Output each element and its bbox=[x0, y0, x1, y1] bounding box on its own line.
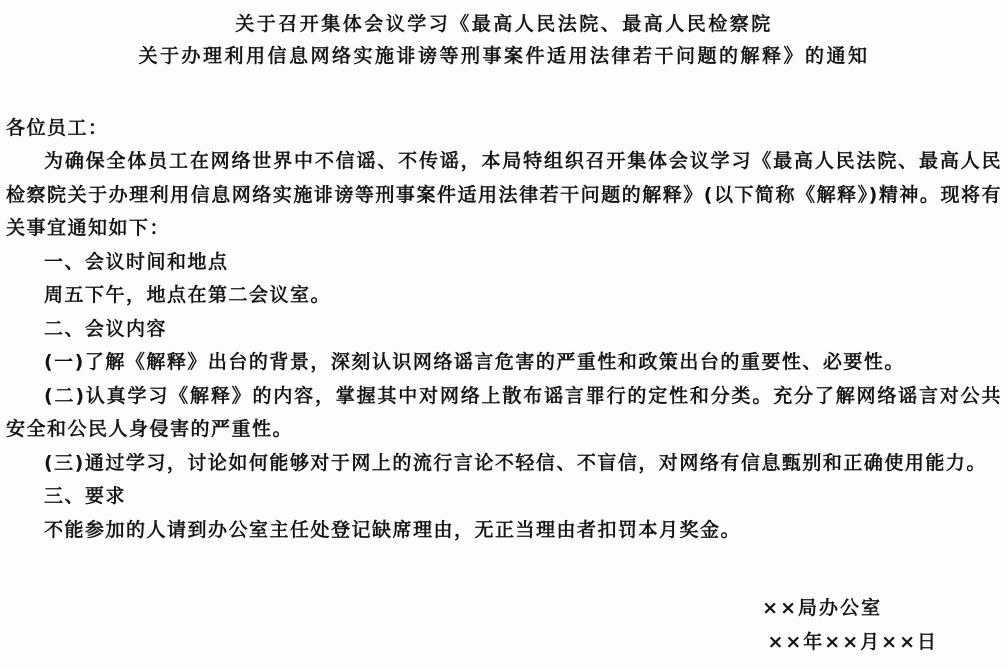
document-title: 关于召开集体会议学习《最高人民法院、最高人民检察院 关于办理利用信息网络实施诽谤… bbox=[6, 8, 1002, 72]
salutation: 各位员工： bbox=[6, 112, 1002, 145]
signature-block: ××局办公室 ××年××月××日 bbox=[762, 591, 938, 659]
meeting-time-place-line: 周五下午，地点在第二会议室。 bbox=[6, 279, 1002, 313]
title-line-1: 关于召开集体会议学习《最高人民法院、最高人民检察院 bbox=[6, 8, 1002, 40]
intro-paragraph: 为确保全体员工在网络世界中不信谣、不传谣，本局特组织召开集体会议学习《最高人民法… bbox=[6, 145, 1002, 246]
signature-date: ××年××月××日 bbox=[762, 625, 938, 659]
signature-org: ××局办公室 bbox=[762, 591, 882, 625]
section-1-heading: 一、会议时间和地点 bbox=[6, 246, 1002, 280]
requirement-line: 不能参加的人请到办公室主任处登记缺席理由，无正当理由者扣罚本月奖金。 bbox=[6, 514, 1002, 548]
section-3-heading: 三、要求 bbox=[6, 480, 1002, 514]
content-item-2: (二)认真学习《解释》的内容，掌握其中对网络上散布谣言罪行的定性和分类。充分了解… bbox=[6, 380, 1002, 447]
notice-document: 关于召开集体会议学习《最高人民法院、最高人民检察院 关于办理利用信息网络实施诽谤… bbox=[0, 0, 1008, 669]
notice-body: 为确保全体员工在网络世界中不信谣、不传谣，本局特组织召开集体会议学习《最高人民法… bbox=[6, 145, 1002, 547]
title-line-2: 关于办理利用信息网络实施诽谤等刑事案件适用法律若干问题的解释》的通知 bbox=[6, 40, 1002, 72]
section-2-heading: 二、会议内容 bbox=[6, 313, 1002, 347]
content-item-3: (三)通过学习，讨论如何能够对于网上的流行言论不轻信、不盲信，对网络有信息甄别和… bbox=[6, 447, 1002, 481]
content-item-1: (一)了解《解释》出台的背景，深刻认识网络谣言危害的严重性和政策出台的重要性、必… bbox=[6, 346, 1002, 380]
